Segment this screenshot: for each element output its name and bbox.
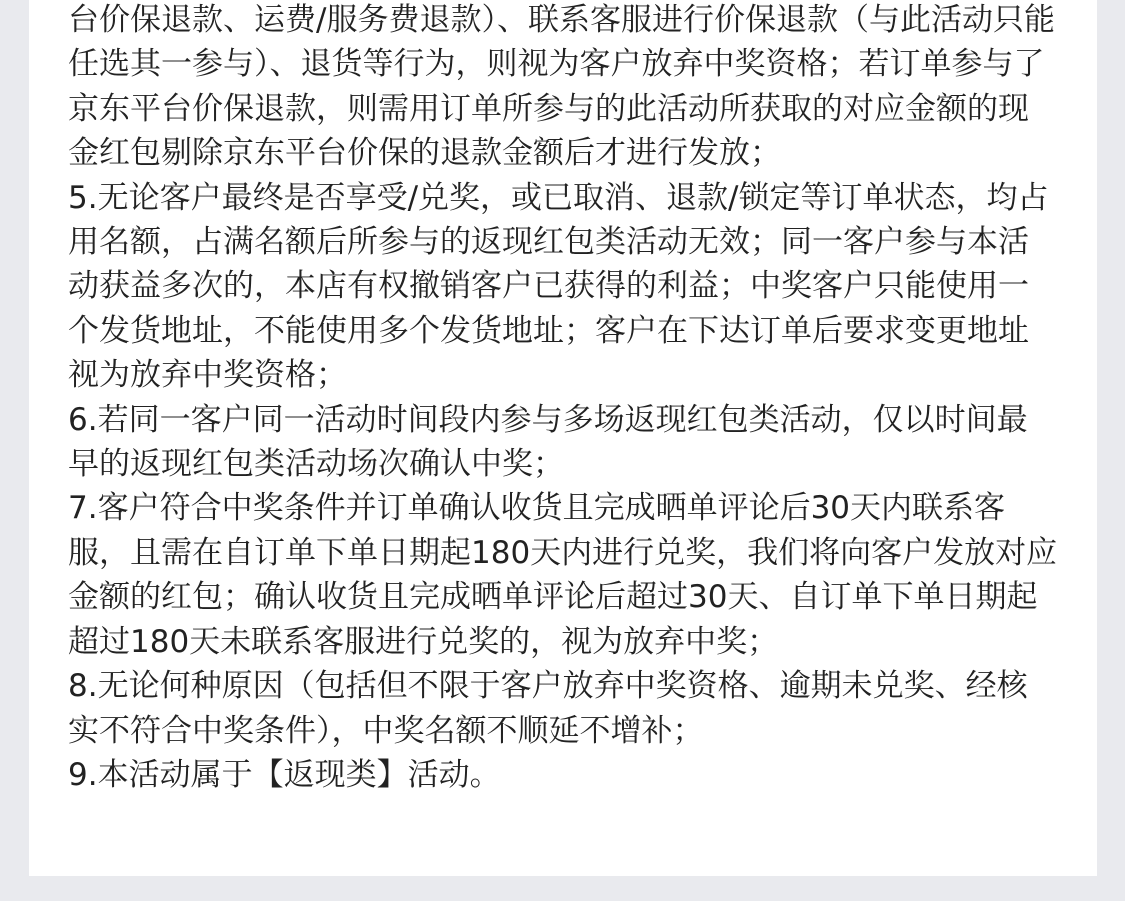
rules-card: 台价保退款、运费/服务费退款）、联系客服进行价保退款（与此活动只能任选其一参与）… [29,0,1097,876]
rule-item-7: 7.客户符合中奖条件并订单确认收货且完成晒单评论后30天内联系客服，且需在自订单… [68,486,1058,664]
rule-continuation: 台价保退款、运费/服务费退款）、联系客服进行价保退款（与此活动只能任选其一参与）… [68,0,1058,176]
rule-item-8: 8.无论何种原因（包括但不限于客户放弃中奖资格、逾期未兑奖、经核实不符合中奖条件… [68,664,1058,753]
rule-item-9: 9.本活动属于【返现类】活动。 [68,753,1058,797]
rule-item-5: 5.无论客户最终是否享受/兑奖，或已取消、退款/锁定等订单状态，均占用名额，占满… [68,176,1058,398]
rules-content: 台价保退款、运费/服务费退款）、联系客服进行价保退款（与此活动只能任选其一参与）… [68,0,1058,797]
rule-item-6: 6.若同一客户同一活动时间段内参与多场返现红包类活动，仅以时间最早的返现红包类活… [68,398,1058,487]
